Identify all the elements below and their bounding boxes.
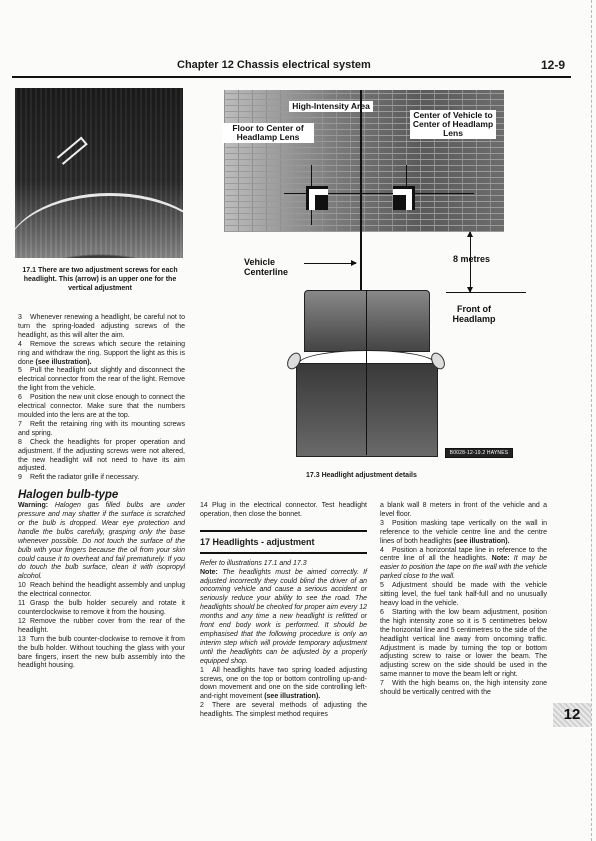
page-header: Chapter 12 Chassis electrical system 12-… xyxy=(12,56,571,78)
step-2: 2There are several methods of adjusting … xyxy=(200,702,367,720)
high-intensity-zone-left xyxy=(306,186,328,210)
arrow-icon xyxy=(57,137,88,165)
step-10: 10Reach behind the headlight assembly an… xyxy=(18,582,185,600)
headlight-adjustment-diagram: High-Intensity Area Floor to Center of H… xyxy=(224,90,504,470)
step-3-adj: 3Position masking tape vertically on the… xyxy=(380,520,547,547)
step-5-adj: 5Adjustment should be made with the vehi… xyxy=(380,582,547,609)
step-6: 6Position the new unit close enough to c… xyxy=(18,394,185,421)
step-7: 7Refit the retaining ring with its mount… xyxy=(18,421,185,439)
vehicle-windscreen xyxy=(298,350,436,364)
vehicle-centerline-on-car xyxy=(366,290,367,455)
step-3: 3Whenever renewing a headlight, be caref… xyxy=(18,314,185,341)
step-9: 9Refit the radiator grille if necessary. xyxy=(18,474,185,483)
figure-ref-code: B0028-12-19.2 HAYNES xyxy=(445,448,513,458)
headlight-rim xyxy=(15,193,183,258)
step-12: 12Remove the rubber cover from the rear … xyxy=(18,618,185,636)
vehicle-roof xyxy=(296,363,438,457)
refer-to: Refer to illustrations 17.1 and 17.3 xyxy=(200,560,367,569)
left-column: 3Whenever renewing a headlight, be caref… xyxy=(18,314,185,671)
figure-17-1-caption: 17.1 There are two adjustment screws for… xyxy=(15,266,185,293)
right-column: a blank wall 8 meters in front of the ve… xyxy=(380,502,547,698)
label-distance: 8 metres xyxy=(453,254,490,264)
step-7-adj: 7With the high beams on, the high intens… xyxy=(380,680,547,698)
halogen-heading: Halogen bulb-type xyxy=(18,491,185,500)
high-intensity-zone-right xyxy=(393,186,415,210)
section-17-heading: 17 Headlights - adjustment xyxy=(200,530,367,554)
label-front-of-headlamp: Front of Headlamp xyxy=(444,304,504,324)
warning: Warning: Halogen gas filled bulbs are un… xyxy=(18,502,185,582)
step-8: 8Check the headlights for proper operati… xyxy=(18,439,185,475)
front-of-headlamp-line xyxy=(446,292,526,293)
page-number: 12-9 xyxy=(541,58,565,72)
label-floor-to-center: Floor to Center of Headlamp Lens xyxy=(222,123,314,143)
chapter-tab: 12 xyxy=(553,703,591,727)
step-11: 11Grasp the bulb holder securely and rot… xyxy=(18,600,185,618)
vehicle-hood xyxy=(304,290,430,352)
continuation: a blank wall 8 meters in front of the ve… xyxy=(380,502,547,520)
step-6-adj: 6Starting with the low beam adjustment, … xyxy=(380,609,547,680)
arrow-icon xyxy=(304,263,356,264)
figure-17-3-caption: 17.3 Headlight adjustment details xyxy=(306,472,417,479)
middle-column: 14Plug in the electrical connector. Test… xyxy=(200,502,367,720)
chapter-title: Chapter 12 Chassis electrical system xyxy=(177,59,371,71)
headlight-photo xyxy=(15,88,183,258)
step-14: 14Plug in the electrical connector. Test… xyxy=(200,502,367,520)
step-1: 1All headlights have two spring loaded a… xyxy=(200,667,367,703)
step-13: 13Turn the bulb counter-clockwise to rem… xyxy=(18,636,185,672)
note: Note: The headlights must be aimed corre… xyxy=(200,569,367,667)
label-center-vehicle: Center of Vehicle to Center of Headlamp … xyxy=(410,110,496,139)
step-4: 4Remove the screws which secure the reta… xyxy=(18,341,185,368)
step-4-adj: 4Position a horizontal tape line in refe… xyxy=(380,547,547,583)
step-5: 5Pull the headlight out slightly and dis… xyxy=(18,367,185,394)
label-vehicle-centerline: Vehicle Centerline xyxy=(244,257,300,277)
